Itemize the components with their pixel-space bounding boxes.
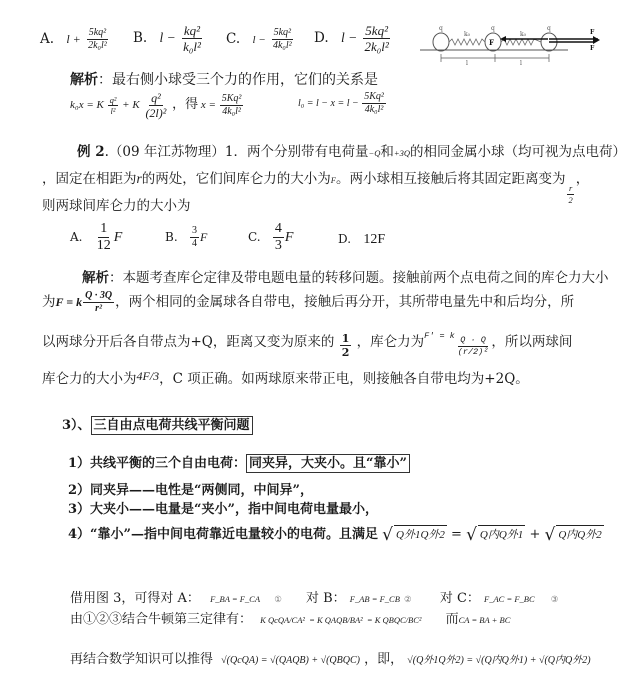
denominator: 2 [340, 346, 352, 358]
text: ，两个相同的金属球各自带电，接触后再分开，其所带电量先中和后均分，所 [115, 294, 574, 310]
text: 而 [446, 612, 459, 627]
option-expr: l + [66, 32, 80, 46]
option-expr: l − [160, 30, 176, 45]
text: ，库仑力为 [357, 334, 425, 350]
q1-option-b: B. l − kq²k₀l² [133, 24, 204, 53]
force-eq: F_AB = F_CB [350, 594, 400, 604]
fraction: 112 [95, 222, 113, 253]
charge-value: +3Q [394, 148, 410, 158]
section-3-item-4: 4）“靠小”—指中间电荷靠近电量较小的电荷。且满足 √Q外1Q外2 = √Q内Q… [68, 523, 604, 545]
svg-text:q: q [439, 25, 443, 32]
svg-text:F: F [590, 29, 595, 36]
item-text: 3）大夹小——电量是“夹小”，指中间电荷电量最小， [68, 502, 378, 517]
heading-number: 3）、 [62, 418, 91, 433]
sqrt-icon: √ [466, 525, 477, 545]
fraction: Q · 3Qr² [83, 291, 114, 314]
denominator: k₀l² [181, 39, 203, 53]
analysis-1-equation: k₀x = K q²l² + K q²(2l)² ，得 x = 5Kq²4k₀l… [70, 92, 244, 119]
option-expr: l − [341, 30, 357, 45]
example-2-line-1: 例 2.（09 年江苏物理）1．两个分别带有电荷量−Q和+3Q的相同金属小球（均… [77, 140, 626, 160]
denominator: (2l)² [143, 106, 168, 119]
example-label: 例 2 [77, 144, 105, 160]
svg-text:l: l [466, 60, 468, 67]
numerator: 1 [98, 222, 109, 238]
analysis-2-line-3: 以两球分开后各自带点为+Q，距离又变为原来的 12 ，库仑力为F′ = kQ ·… [42, 330, 572, 358]
formula-term: Q外1Q外2 [394, 525, 447, 542]
text: .（09 年江苏物理）1．两个分别带有电荷量 [105, 144, 369, 160]
eq-marker: ③ [551, 595, 559, 605]
section-3-item-2: 2）同夹异——电性是“两侧同，中间异”， [68, 479, 313, 498]
section-3-item-1: 1）共线平衡的三个自由电荷：同夹异，大夹小。且“靠小” [68, 452, 410, 471]
text: 再结合数学知识可以推得 [70, 652, 213, 667]
option-value: 12F [363, 232, 385, 247]
eq-marker: ① [274, 595, 282, 605]
svg-text:F: F [489, 38, 494, 47]
analysis-label: 解析 [82, 270, 109, 286]
text: 的相同金属小球（均可视为点电荷） [410, 144, 626, 160]
fraction: q²l² [108, 96, 119, 116]
analysis-2-line-4: 库仑力的大小为4F/3，C 项正确。如两球原来带正电，则接触各自带电均为+2Q。 [42, 367, 529, 387]
analysis-1-text: 解析：最右侧小球受三个力的作用，它们的关系是 [70, 69, 378, 89]
item-text: 1）共线平衡的三个自由电荷： [68, 456, 246, 471]
denominator: 4k₀l² [271, 40, 294, 51]
text: 为 [42, 294, 56, 310]
text: ， [576, 171, 590, 187]
item-text: 4）“靠小”—指中间电荷靠近电量较小的电荷。且满足 [68, 527, 378, 542]
numerator: 4 [273, 222, 284, 238]
heading-title: 三自由点电荷共线平衡问题 [91, 416, 253, 435]
svg-text:F: F [590, 45, 595, 52]
option-label: B. [133, 30, 147, 46]
text: 库仑力的大小为 [42, 371, 137, 387]
numerator: 5Kq² [362, 92, 386, 104]
relation: CA = BA + BC [459, 615, 511, 625]
eq-term: = K QAQB/BA² [309, 615, 363, 625]
force-eq: F_AC = F_BC [484, 594, 535, 604]
option-label: D. [314, 30, 329, 46]
numerator: r [567, 184, 574, 195]
formula-op: = [451, 527, 462, 542]
text: ：本题考查库仑定律及带电题电量的转移问题。接触前两个点电荷之间的库仑力大小 [109, 270, 609, 286]
text: 对 B： [306, 591, 346, 606]
answer-value: 4F/3 [137, 369, 160, 383]
derivation-line-1: 借用图 3，可得对 A： F_BA = F_CA ① 对 B： F_AB = F… [70, 587, 630, 606]
sqrt-icon: √ [545, 525, 556, 545]
numerator: q² [149, 92, 163, 106]
text: ，所以两球间 [491, 334, 572, 350]
eq-part: l₀ = l − x = l − [298, 98, 359, 109]
svg-text:q: q [547, 25, 551, 32]
numerator: 5kq² [363, 24, 390, 39]
analysis-1-result: l₀ = l − x = l − 5Kq²4k₀l² [298, 92, 387, 115]
analysis-text: ：最右侧小球受三个力的作用，它们的关系是 [98, 72, 378, 88]
numerator: q² [108, 96, 119, 107]
svg-text:l: l [520, 60, 522, 67]
section-3-heading: 3）、三自由点电荷共线平衡问题 [62, 414, 253, 433]
option-label: A. [40, 31, 54, 47]
q1-option-a: A. l + 5kq²2k₀l² [40, 28, 110, 51]
numerator: 5kq² [272, 28, 293, 40]
option-expr: l − [252, 34, 265, 46]
spring-figure: q q q k₀ k₀ F F F l l [420, 18, 600, 68]
eq-part: k₀x = K [70, 99, 104, 111]
fraction: 5kq²2k₀l² [362, 24, 390, 53]
eq-part: + K [122, 99, 140, 111]
fraction: 5Kq²4k₀l² [362, 92, 386, 115]
fraction: 12 [340, 333, 352, 358]
denominator: 2k₀l² [86, 40, 109, 51]
numerator: 3 [190, 226, 199, 238]
text: 借用图 3，可得对 A： [70, 591, 200, 606]
fraction: 5kq²4k₀l² [271, 28, 294, 51]
fraction: 34 [190, 226, 199, 249]
denominator: 4k₀l² [363, 104, 386, 115]
analysis-label: 解析 [70, 72, 98, 88]
q1-option-d: D. l − 5kq²2k₀l² [314, 24, 392, 53]
text: 则两球间库仑力的大小为 [42, 198, 191, 214]
formula-op: + [529, 527, 540, 542]
denominator: 12 [95, 238, 113, 253]
derivation-line-2: 由①②③结合牛顿第三定律有： K QcQA/CA² = K QAQB/BA² =… [70, 608, 510, 627]
analysis-2-line-1: 解析：本题考查库仑定律及带电题电量的转移问题。接触前两个点电荷之间的库仑力大小 [82, 266, 609, 286]
denominator: 4k₀l² [220, 106, 243, 117]
option-label: B. [165, 230, 178, 244]
option-tail: F [114, 230, 123, 245]
sqrt-icon: √ [382, 525, 393, 545]
fraction: r2 [566, 184, 574, 204]
denominator: 3 [273, 238, 284, 253]
force-eq: F_BA = F_CA [210, 594, 260, 604]
item-boxed-text: 同夹异，大夹小。且“靠小” [246, 454, 410, 473]
text: 的两处，它们间库仑力的大小为 [142, 171, 331, 187]
text: 由①②③结合牛顿第三定律有： [70, 612, 252, 627]
denominator: l² [109, 106, 118, 116]
eq-separator: ，得 [172, 97, 198, 112]
eq-marker: ② [404, 595, 412, 605]
option-label: D. [338, 232, 351, 246]
text: 。两小球相互接触后将其固定距离变为 [336, 171, 566, 187]
analysis-2-line-2: 为F = kQ · 3Qr²，两个相同的金属球各自带电，接触后再分开，其所带电量… [42, 290, 574, 314]
option-label: C. [248, 230, 261, 244]
fraction: Q · Q(r/2)² [456, 336, 491, 356]
fraction: q²(2l)² [143, 92, 168, 119]
example-2-option-c: C. 43F [248, 222, 293, 253]
text: ，固定在相距为 [42, 171, 137, 187]
numerator: Q · Q [458, 336, 488, 347]
example-2-line-3: 则两球间库仑力的大小为 [42, 194, 191, 214]
eq-part: F′ = k [424, 331, 455, 341]
option-label: A. [70, 230, 82, 244]
formula-term: Q内Q外1 [478, 525, 525, 542]
denominator: 4 [190, 238, 199, 249]
eq-term: = K QBQC/BC² [367, 615, 422, 625]
q1-option-c: C. l − 5kq²4k₀l² [226, 28, 295, 51]
option-label: C. [226, 31, 240, 47]
eq-term: √(Q外1Q外2) = √(Q内Q外1) + √(Q内Q外2) [407, 655, 590, 666]
item-text: 2）同夹异——电性是“两侧同，中间异”， [68, 483, 313, 498]
numerator: Q · 3Q [83, 291, 114, 303]
charge-value: −Q [368, 148, 380, 158]
denominator: 2 [566, 195, 574, 205]
eq-term: K QcQA/CA² [260, 615, 305, 625]
example-2-option-a: A. 112F [70, 222, 122, 253]
svg-text:k₀: k₀ [520, 31, 527, 38]
svg-text:k₀: k₀ [464, 31, 471, 38]
text: 对 C： [440, 591, 480, 606]
denominator: r² [93, 303, 104, 314]
numerator: 5kq² [87, 28, 108, 40]
text: 以两球分开后各自带点为+Q，距离又变为原来的 [42, 334, 334, 350]
option-tail: F [285, 230, 294, 245]
eq-part: x = [201, 99, 216, 111]
text: 和 [380, 144, 394, 160]
fraction: 5Kq²4k₀l² [220, 94, 244, 117]
denominator: (r/2)² [456, 347, 491, 357]
eq-term: √(QcQA) = √(QAQB) + √(QBQC) [221, 655, 360, 666]
svg-text:q: q [491, 25, 495, 32]
numerator: 1 [340, 333, 352, 346]
numerator: kq² [182, 24, 202, 39]
denominator: 2k₀l² [362, 39, 390, 53]
option-tail: F [200, 230, 207, 244]
numerator: 5Kq² [220, 94, 244, 106]
fraction: 5kq²2k₀l² [86, 28, 109, 51]
eq-part: F = k [56, 295, 83, 309]
example-2-option-b: B. 34F [165, 226, 207, 249]
text: ，即， [364, 652, 403, 667]
formula-term: Q内Q外2 [556, 525, 603, 542]
example-2-option-d: D. 12F [338, 231, 385, 248]
fraction: kq²k₀l² [181, 24, 203, 53]
derivation-line-3: 再结合数学知识可以推得 √(QcQA) = √(QAQB) + √(QBQC) … [70, 648, 591, 667]
fraction: 43 [273, 222, 284, 253]
text: ，C 项正确。如两球原来带正电，则接触各自带电均为+2Q。 [159, 371, 529, 387]
section-3-item-3: 3）大夹小——电量是“夹小”，指中间电荷电量最小， [68, 498, 378, 517]
